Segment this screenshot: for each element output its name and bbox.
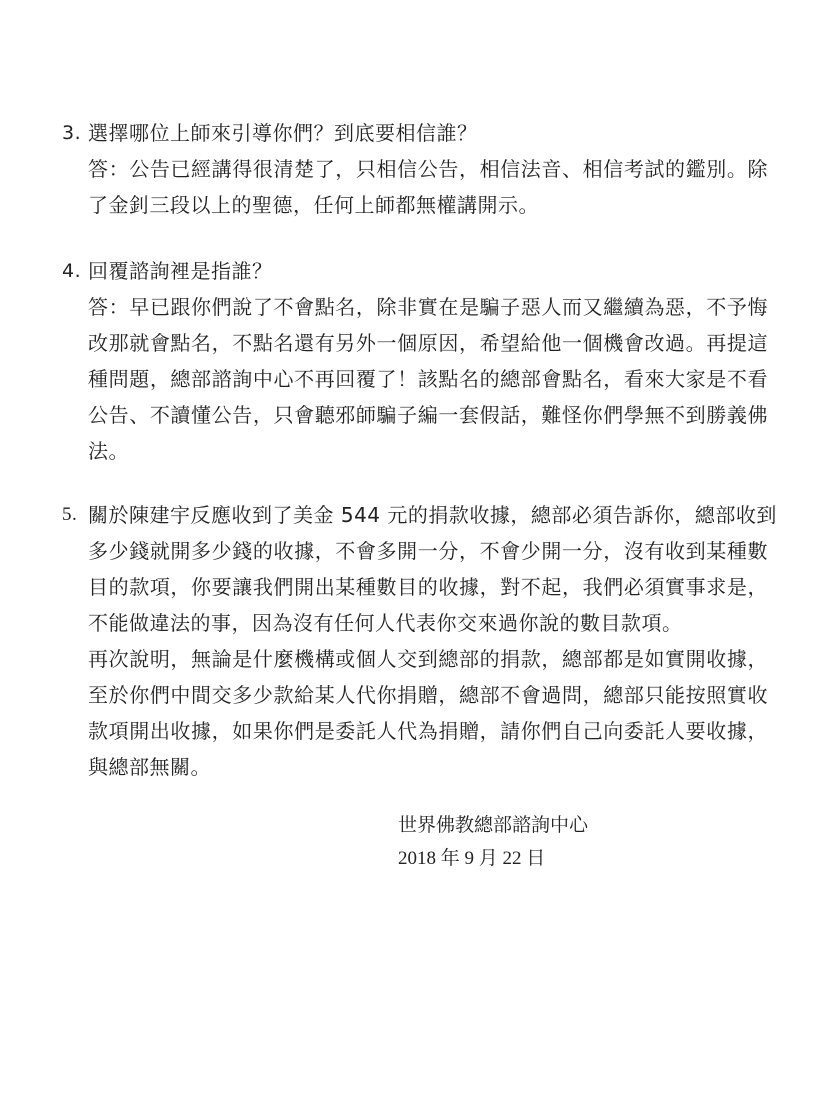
question-text: 選擇哪位上師來引導你們？到底要相信誰？ xyxy=(88,115,478,151)
body-text: 不能做違法的事，因為沒有任何人代表你交來過你說的數目款項。 xyxy=(88,605,683,641)
answer-line: 改那就會點名，不點名還有另外一個原因，希望給他一個機會改過。再提這 xyxy=(62,325,782,361)
body-text: 與總部無關。 xyxy=(88,749,211,785)
body-line: 與總部無關。 xyxy=(62,749,782,785)
body-text: 款項開出收據，如果你們是委託人代為捐贈，請你們自己向委託人要收據， xyxy=(88,713,768,749)
question-line: 3. 選擇哪位上師來引導你們？到底要相信誰？ xyxy=(62,115,782,151)
answer-text: 種問題，總部諮詢中心不再回覆了！該點名的總部會點名，看來大家是不看 xyxy=(88,361,768,397)
answer-text: 法。 xyxy=(88,433,129,469)
signature-date: 2018 年 9 月 22 日 xyxy=(398,842,545,876)
item-number: 5. xyxy=(62,497,88,533)
document-page: 3. 選擇哪位上師來引導你們？到底要相信誰？ 答：公告已經講得很清楚了，只相信公… xyxy=(0,0,840,1097)
faq-item-5: 5. 關於陳建宇反應收到了美金 544 元的捐款收據，總部必須告訴你，總部收到 … xyxy=(62,497,782,785)
answer-line: 種問題，總部諮詢中心不再回覆了！該點名的總部會點名，看來大家是不看 xyxy=(62,361,782,397)
signature-organization: 世界佛教總部諮詢中心 xyxy=(398,808,588,842)
question-line: 4. 回覆諮詢裡是指誰？ xyxy=(62,253,782,289)
answer-line: 法。 xyxy=(62,433,782,469)
body-line: 目的款項，你要讓我們開出某種數目的收據，對不起，我們必須實事求是， xyxy=(62,569,782,605)
answer-line: 公告、不讀懂公告，只會聽邪師騙子編一套假話，難怪你們學無不到勝義佛 xyxy=(62,397,782,433)
body-line: 多少錢就開多少錢的收據，不會多開一分，不會少開一分，沒有收到某種數 xyxy=(62,533,782,569)
item-number: 3. xyxy=(62,115,88,151)
answer-text: 公告、不讀懂公告，只會聽邪師騙子編一套假話，難怪你們學無不到勝義佛 xyxy=(88,397,768,433)
faq-item-3: 3. 選擇哪位上師來引導你們？到底要相信誰？ 答：公告已經講得很清楚了，只相信公… xyxy=(62,115,782,223)
body-line: 款項開出收據，如果你們是委託人代為捐贈，請你們自己向委託人要收據， xyxy=(62,713,782,749)
answer-text: 答：公告已經講得很清楚了，只相信公告，相信法音、相信考試的鑑別。除 xyxy=(88,151,768,187)
answer-line: 了金釗三段以上的聖德，任何上師都無權講開示。 xyxy=(62,187,782,223)
body-line: 5. 關於陳建宇反應收到了美金 544 元的捐款收據，總部必須告訴你，總部收到 xyxy=(62,497,782,533)
body-line: 不能做違法的事，因為沒有任何人代表你交來過你說的數目款項。 xyxy=(62,605,782,641)
question-text: 回覆諮詢裡是指誰？ xyxy=(88,253,273,289)
body-text: 目的款項，你要讓我們開出某種數目的收據，對不起，我們必須實事求是， xyxy=(88,569,768,605)
faq-item-4: 4. 回覆諮詢裡是指誰？ 答：早已跟你們說了不會點名，除非實在是騙子惡人而又繼續… xyxy=(62,253,782,469)
answer-text: 答：早已跟你們說了不會點名，除非實在是騙子惡人而又繼續為惡，不予悔 xyxy=(88,289,768,325)
item-number: 4. xyxy=(62,253,88,289)
body-text: 至於你們中間交多少款給某人代你捐贈，總部不會過問，總部只能按照實收 xyxy=(88,677,768,713)
body-line: 至於你們中間交多少款給某人代你捐贈，總部不會過問，總部只能按照實收 xyxy=(62,677,782,713)
answer-text: 了金釗三段以上的聖德，任何上師都無權講開示。 xyxy=(88,187,539,223)
body-text: 再次說明，無論是什麼機構或個人交到總部的捐款，總部都是如實開收據， xyxy=(88,641,768,677)
body-text: 多少錢就開多少錢的收據，不會多開一分，不會少開一分，沒有收到某種數 xyxy=(88,533,768,569)
body-text: 關於陳建宇反應收到了美金 544 元的捐款收據，總部必須告訴你，總部收到 xyxy=(88,497,768,533)
answer-line: 答：早已跟你們說了不會點名，除非實在是騙子惡人而又繼續為惡，不予悔 xyxy=(62,289,782,325)
answer-line: 答：公告已經講得很清楚了，只相信公告，相信法音、相信考試的鑑別。除 xyxy=(62,151,782,187)
body-line: 再次說明，無論是什麼機構或個人交到總部的捐款，總部都是如實開收據， xyxy=(62,641,782,677)
answer-text: 改那就會點名，不點名還有另外一個原因，希望給他一個機會改過。再提這 xyxy=(88,325,768,361)
